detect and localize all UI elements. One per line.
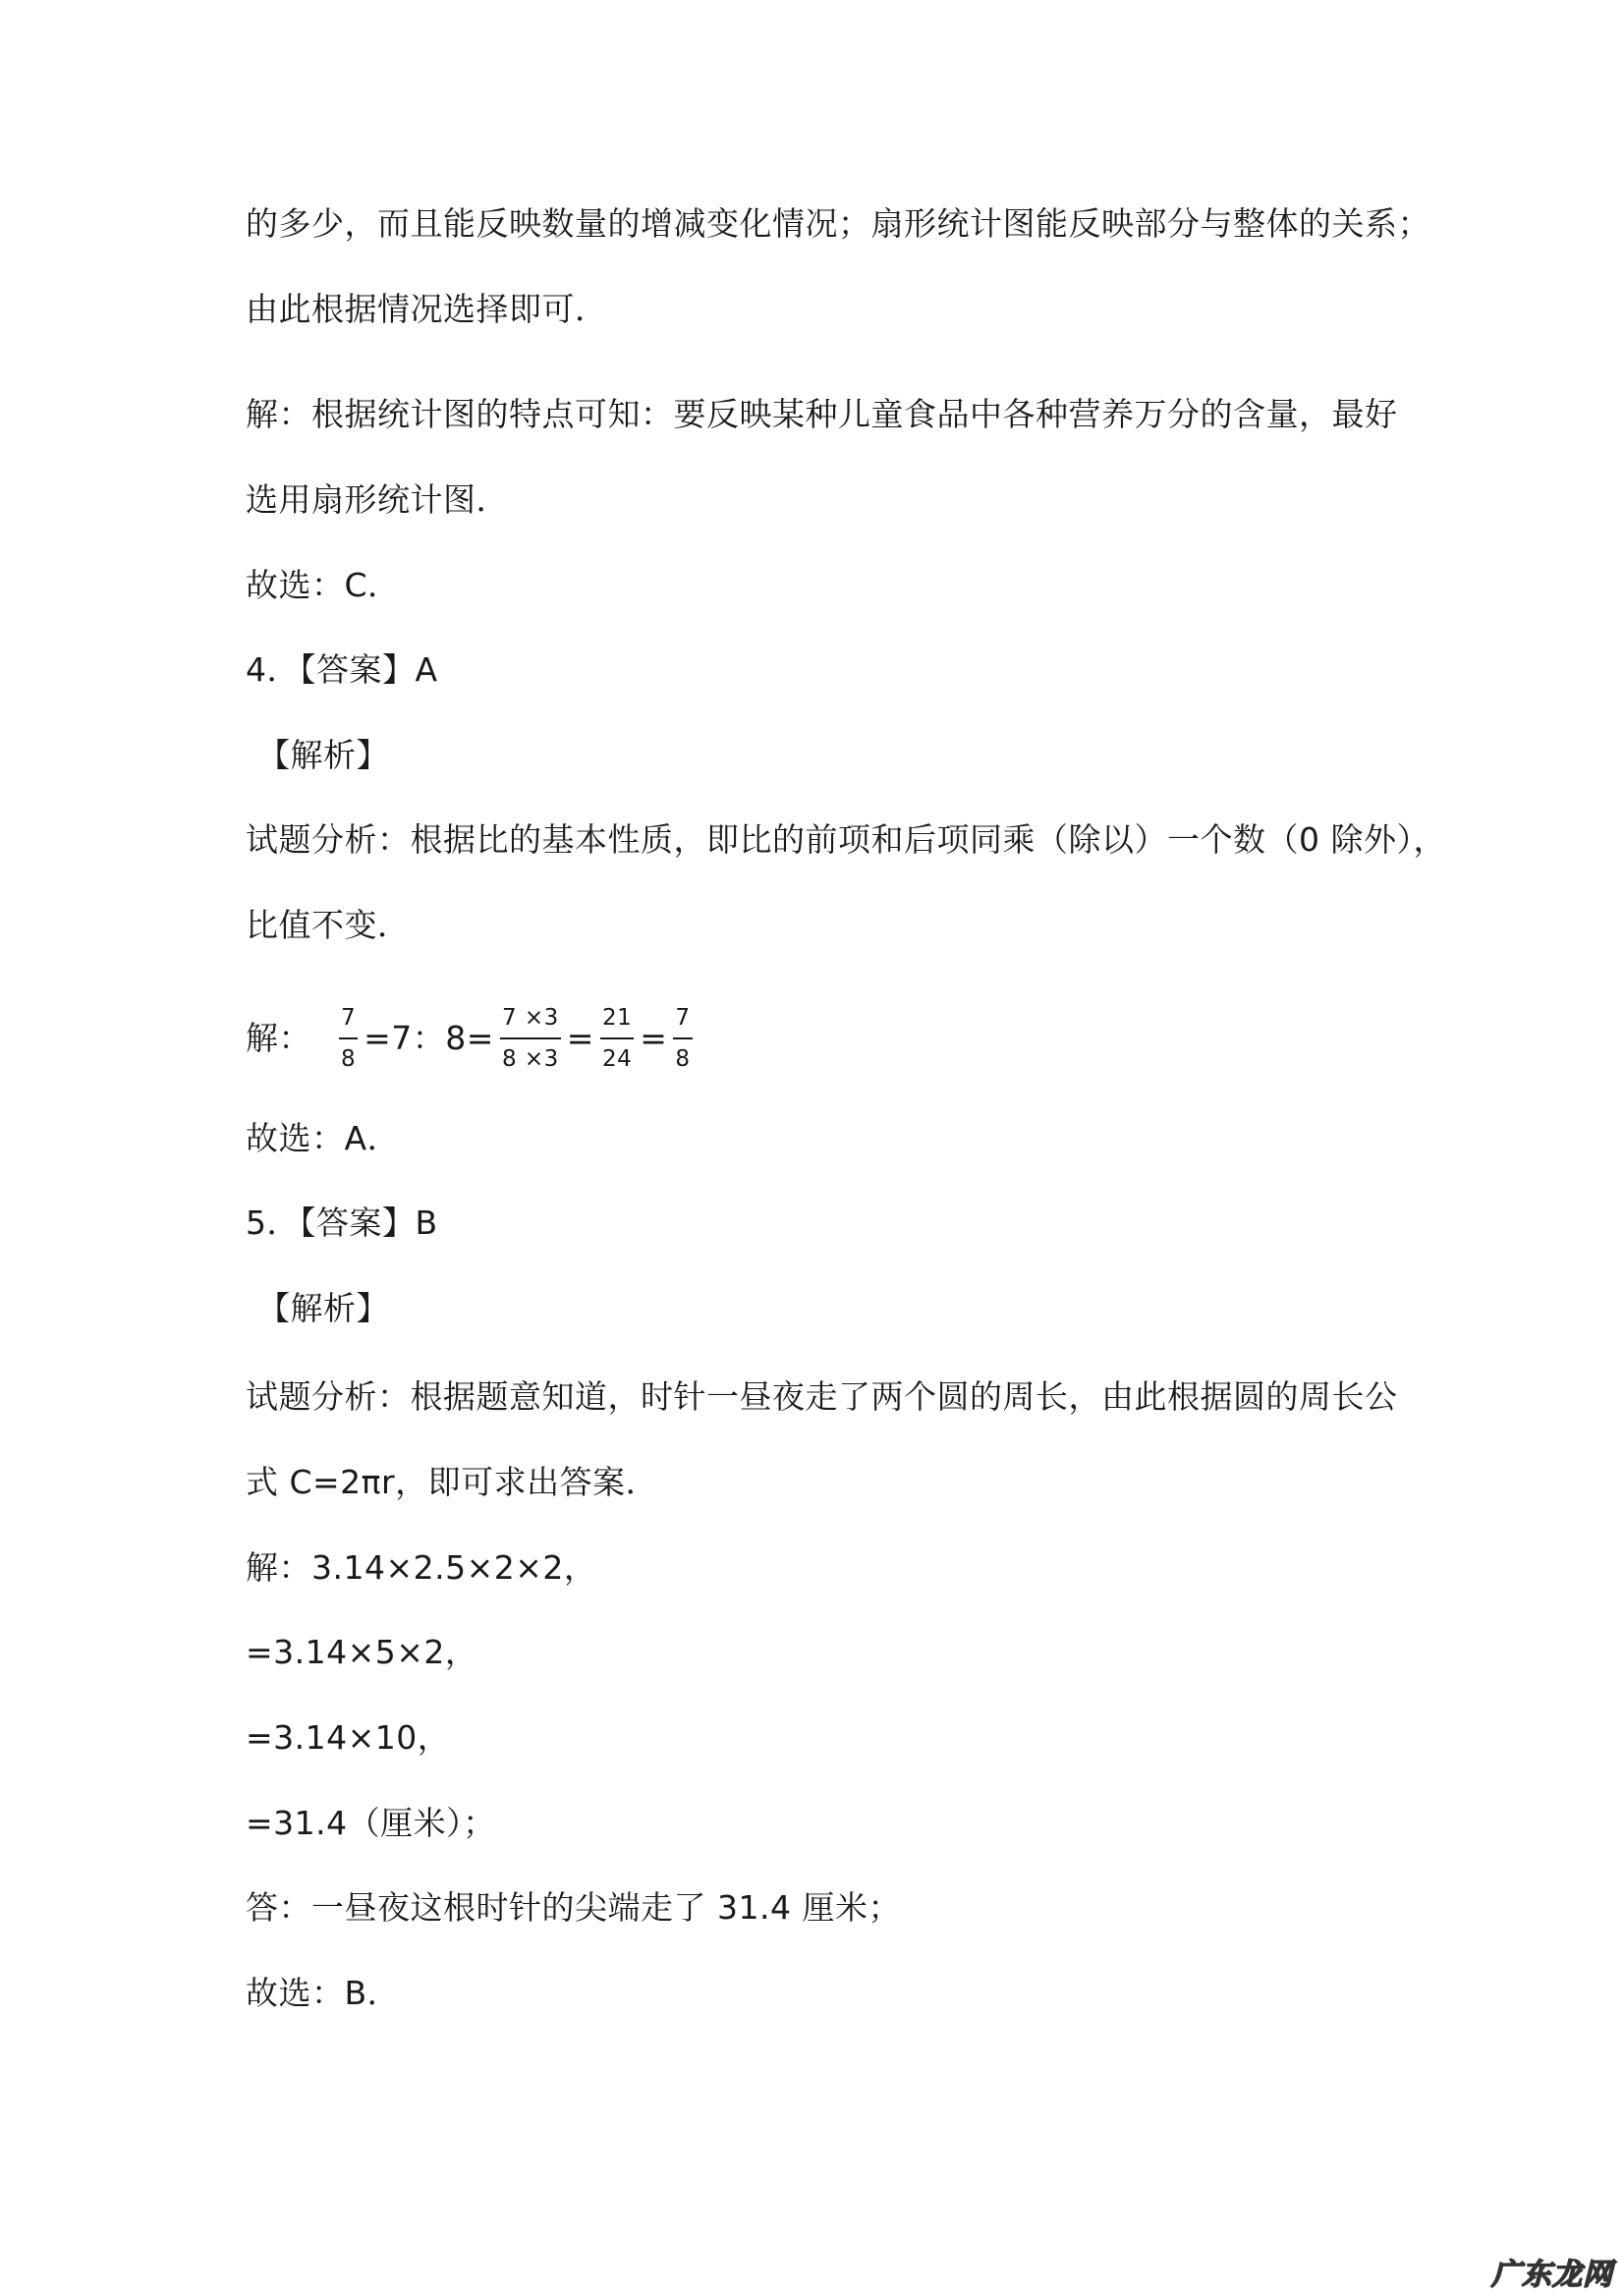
fraction: 21 24 [600,1004,634,1073]
fraction-bar [339,1037,358,1039]
calculation-line: =3.14×5×2， [246,1631,477,1674]
answer-choice-line: 故选：B． [246,1972,400,2015]
text-line: 的多少，而且能反映数量的增减变化情况；扇形统计图能反映部分与整体的关系； [246,202,1430,246]
fraction: 7 ×3 8 ×3 [500,1004,561,1073]
fraction-bar [600,1037,634,1039]
fraction: 7 8 [339,1004,358,1073]
answer-statement: 答：一昼夜这根时针的尖端走了 31.4 厘米； [246,1886,901,1930]
answer-choice-line: 故选：A． [246,1117,400,1160]
solution-prefix: 解： [246,994,311,1083]
fraction-equation: 解： 7 8 =7：8= 7 ×3 8 ×3 = 21 24 = 7 8 [246,994,699,1083]
text-line: 由此根据情况选择即可． [246,288,608,331]
analysis-line: 试题分析：根据比的基本性质，即比的前项和后项同乘（除以）一个数（0 除外）， [246,818,1446,862]
analysis-heading: 【解析】 [257,734,389,777]
fraction-bar [673,1037,692,1039]
watermark-logo: 广东龙网 [1491,2250,1613,2293]
fraction: 7 8 [673,1004,692,1073]
question-answer-heading: 4．【答案】A [246,648,438,692]
equals-sign: = [567,994,594,1083]
equals-sign: = [640,994,667,1083]
text-line: 比值不变． [246,904,411,947]
question-answer-heading: 5．【答案】B [246,1202,438,1245]
calculation-line: 解：3.14×2.5×2×2， [246,1546,596,1590]
analysis-line: 试题分析：根据题意知道，时针一昼夜走了两个圆的周长，由此根据圆的周长公 [246,1375,1398,1419]
solution-line: 解：根据统计图的特点可知：要反映某种儿童食品中各种营养万分的含量，最好 [246,393,1398,436]
answer-choice-line: 故选：C． [246,564,401,607]
calculation-line: =3.14×10， [246,1716,450,1760]
text-line: 选用扇形统计图． [246,478,509,522]
ratio-text: =7：8= [364,994,494,1083]
analysis-heading: 【解析】 [257,1287,389,1330]
fraction-bar [500,1037,561,1039]
calculation-line: =31.4（厘米）； [246,1802,496,1845]
text-line: 式 C=2πr，即可求出答案． [246,1461,658,1504]
